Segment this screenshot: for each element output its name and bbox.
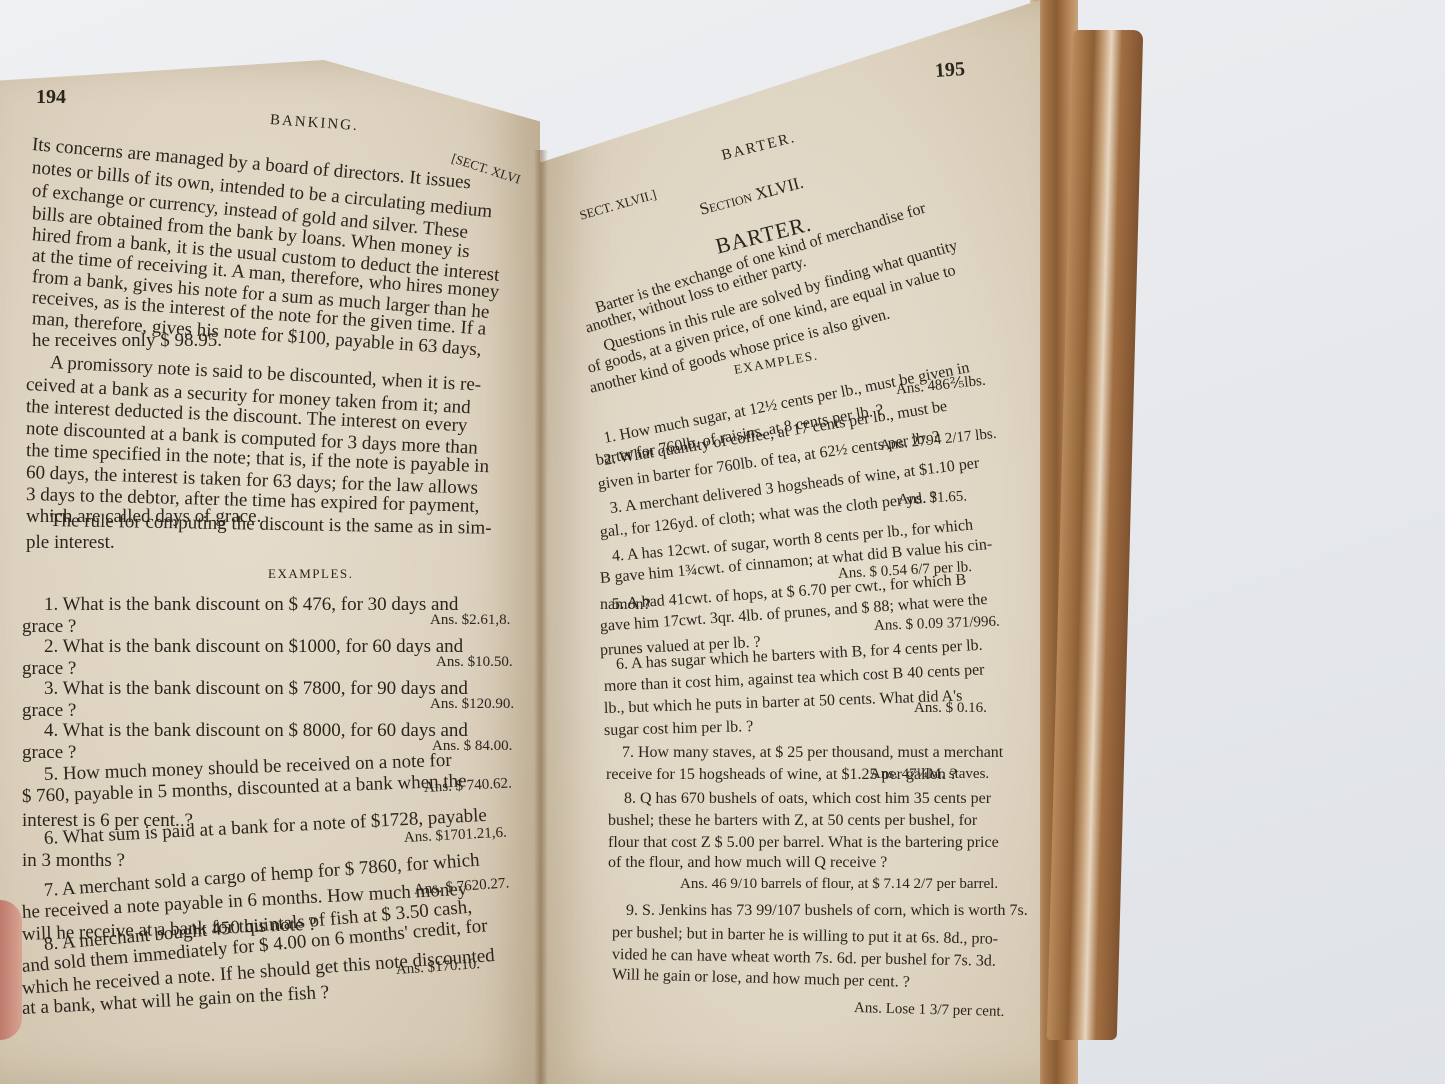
text-line: he receives only $ 98.95. [32, 330, 222, 352]
page-number: 195 [934, 58, 966, 83]
finger [0, 900, 22, 1040]
answer: Ans. $1.65. [898, 488, 968, 509]
answer: Ans. $120.90. [430, 696, 514, 713]
text-line: ple interest. [26, 532, 115, 554]
answer: Ans. $2.61,8. [430, 612, 510, 629]
page-number: 194 [36, 86, 66, 109]
answer: Ans. 47¼M. staves. [870, 766, 989, 783]
answer: Ans. $ 0.16. [914, 700, 987, 717]
book-gutter [534, 150, 548, 1084]
answer: Ans. 46 9/10 barrels of flour, at $ 7.14… [680, 876, 998, 893]
answer: Ans. $10.50. [436, 654, 513, 671]
examples-heading: EXAMPLES. [268, 566, 353, 582]
photo-scene: 194 BANKING. [SECT. XLVI Its concerns ar… [0, 0, 1445, 1084]
